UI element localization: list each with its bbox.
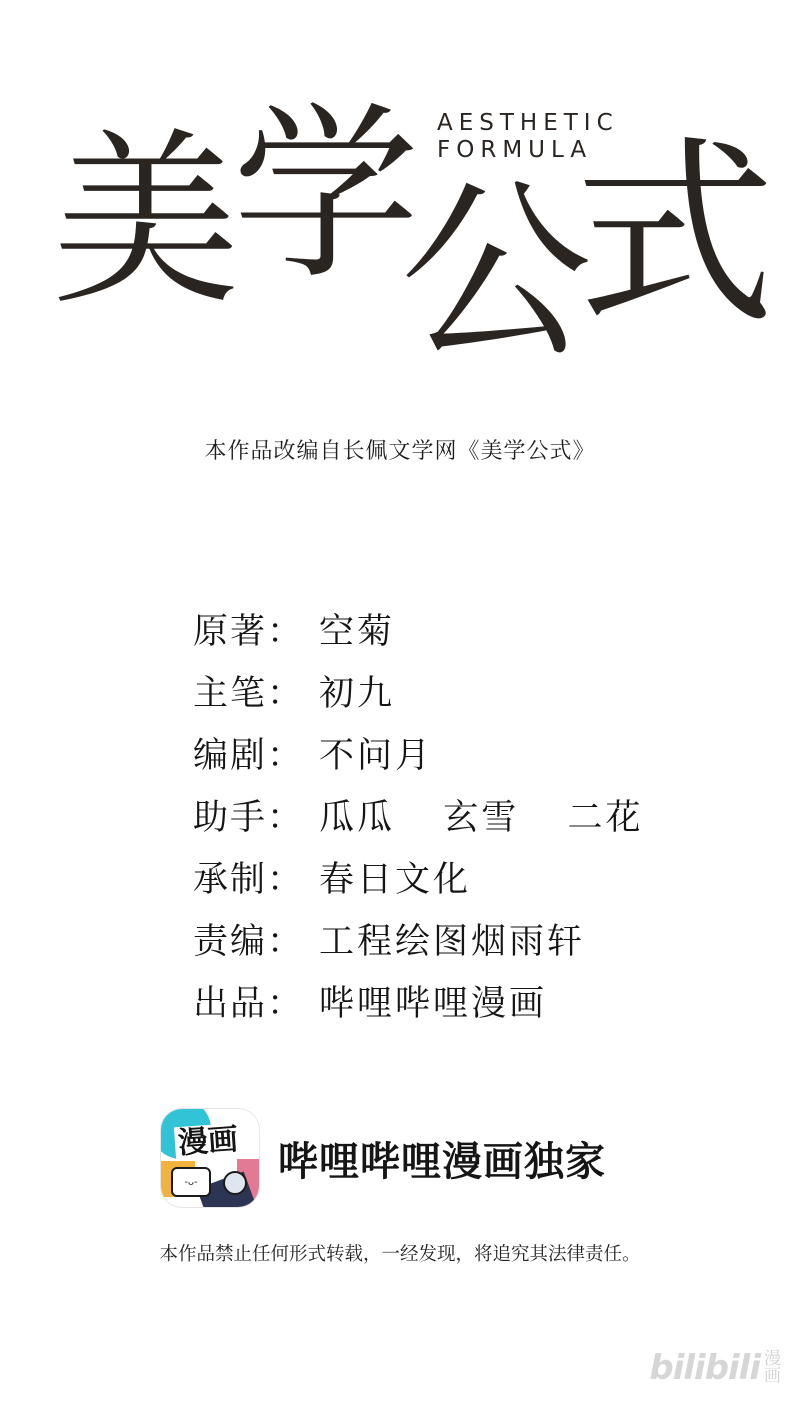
credit-value: 哔哩哔哩漫画	[319, 976, 547, 1026]
credit-label: 责编：	[193, 914, 319, 964]
app-icon-text: 漫画	[174, 1123, 242, 1162]
title-char-mei: 美	[52, 128, 240, 316]
title-char-shi: 式	[575, 136, 775, 336]
credit-value: 工程绘图烟雨轩	[319, 914, 585, 964]
credit-value: 瓜瓜 玄雪 二花	[319, 790, 644, 840]
credit-value: 春日文化	[319, 852, 471, 902]
credit-value: 不问月	[319, 728, 433, 778]
watermark-brand: bilibili	[649, 1348, 760, 1388]
bilibili-comics-app-icon: 漫画 -ᴗ-	[160, 1108, 260, 1208]
credit-value: 空菊	[319, 604, 395, 654]
credit-row-assistants: 助手： 瓜瓜 玄雪 二花	[193, 784, 644, 846]
credit-label: 承制：	[193, 852, 319, 902]
exclusive-label: 哔哩哔哩漫画独家	[278, 1130, 606, 1187]
credit-row-lead-artist: 主笔： 初九	[193, 660, 644, 722]
credit-row-original-author: 原著： 空菊	[193, 598, 644, 660]
credit-row-editor: 责编： 工程绘图烟雨轩	[193, 908, 644, 970]
credits-list: 原著： 空菊 主笔： 初九 编剧： 不问月 助手： 瓜瓜 玄雪 二花 承制： 春…	[193, 598, 644, 1032]
credit-label: 出品：	[193, 976, 319, 1026]
thumbs-up-icon	[223, 1171, 247, 1195]
credit-label: 助手：	[193, 790, 319, 840]
credit-row-publisher: 出品： 哔哩哔哩漫画	[193, 970, 644, 1032]
credit-value: 初九	[319, 666, 395, 716]
title-char-xue: 学	[232, 102, 420, 290]
credit-label: 编剧：	[193, 728, 319, 778]
title-logo: 美 学 公 式 AESTHETIC FORMULA	[0, 60, 800, 380]
english-title-line-1: AESTHETIC	[437, 110, 619, 137]
title-char-gong: 公	[400, 178, 592, 370]
english-title: AESTHETIC FORMULA	[437, 110, 619, 164]
adaptation-notice: 本作品改编自长佩文学网《美学公式》	[0, 434, 800, 465]
credit-row-production: 承制： 春日文化	[193, 846, 644, 908]
credit-label: 原著：	[193, 604, 319, 654]
watermark-sub: 漫画	[764, 1351, 782, 1385]
credit-label: 主笔：	[193, 666, 319, 716]
exclusive-banner: 漫画 -ᴗ- 哔哩哔哩漫画独家	[160, 1108, 606, 1208]
credit-row-screenwriter: 编剧： 不问月	[193, 722, 644, 784]
tv-mascot-icon: -ᴗ-	[171, 1167, 211, 1197]
bilibili-watermark: bilibili 漫画	[649, 1348, 782, 1388]
english-title-line-2: FORMULA	[437, 137, 619, 164]
copyright-notice: 本作品禁止任何形式转载，一经发现，将追究其法律责任。	[0, 1240, 800, 1266]
